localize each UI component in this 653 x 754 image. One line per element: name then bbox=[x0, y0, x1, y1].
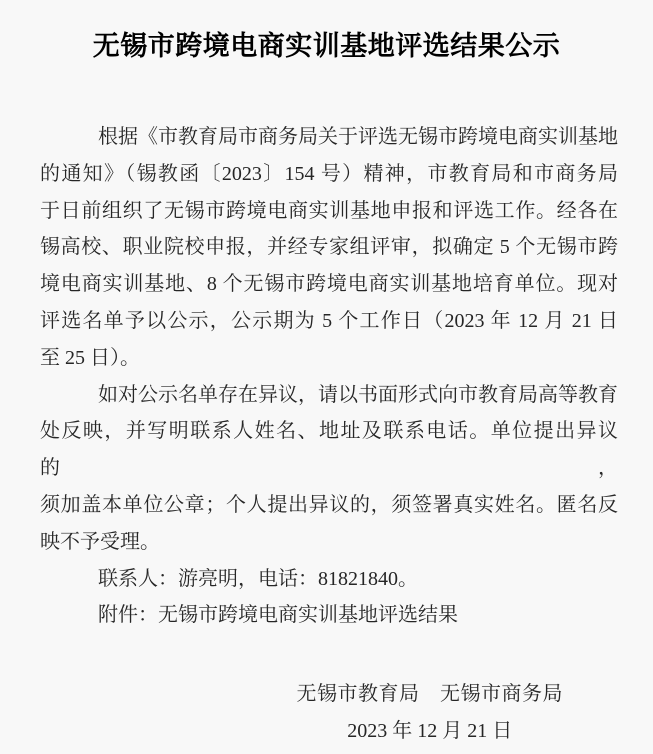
body-line: 如对公示名单存在异议，请以书面形式向市教育局高等教育 bbox=[40, 377, 618, 414]
document-body: 根据《市教育局市商务局关于评选无锡市跨境电商实训基地 的通知》（锡教函〔2023… bbox=[40, 119, 618, 634]
body-line: 境电商实训基地、8 个无锡市跨境电商实训基地培育单位。现对 bbox=[40, 266, 618, 303]
document-title: 无锡市跨境电商实训基地评选结果公示 bbox=[0, 28, 653, 64]
attachment-line: 附件：无锡市跨境电商实训基地评选结果 bbox=[40, 597, 618, 634]
body-line: 须加盖本单位公章；个人提出异议的，须签署真实姓名。匿名反 bbox=[40, 487, 618, 524]
body-line: 映不予受理。 bbox=[40, 524, 618, 561]
body-line: 于日前组织了无锡市跨境电商实训基地申报和评选工作。经各在 bbox=[40, 193, 618, 230]
announcement-document: 无锡市跨境电商实训基地评选结果公示 根据《市教育局市商务局关于评选无锡市跨境电商… bbox=[0, 0, 653, 754]
body-line: 处反映，并写明联系人姓名、地址及联系电话。单位提出异议的， bbox=[40, 413, 618, 487]
body-line: 锡高校、职业院校申报，并经专家组评审，拟确定 5 个无锡市跨 bbox=[40, 229, 618, 266]
body-line: 评选名单予以公示，公示期为 5 个工作日（2023 年 12 月 21 日 bbox=[40, 303, 618, 340]
body-line: 的通知》（锡教函〔2023〕154 号）精神，市教育局和市商务局 bbox=[40, 156, 618, 193]
body-line: 根据《市教育局市商务局关于评选无锡市跨境电商实训基地 bbox=[40, 119, 618, 156]
contact-line: 联系人：游亮明，电话：81821840。 bbox=[40, 561, 618, 598]
signature-date: 2023 年 12 月 21 日 bbox=[297, 713, 564, 750]
signature-agencies: 无锡市教育局 无锡市商务局 bbox=[297, 676, 564, 713]
body-line: 至 25 日）。 bbox=[40, 340, 618, 377]
signature-block: 无锡市教育局 无锡市商务局 2023 年 12 月 21 日 bbox=[297, 676, 564, 750]
